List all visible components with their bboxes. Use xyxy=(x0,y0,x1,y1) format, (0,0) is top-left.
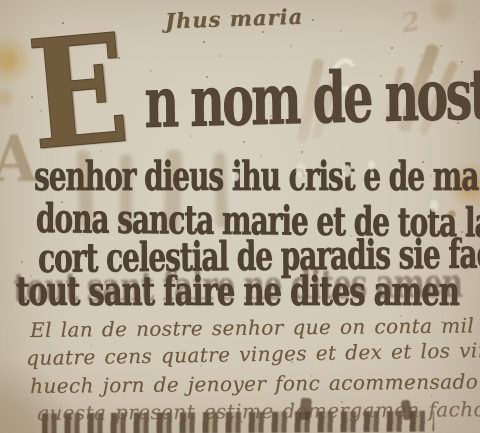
header-inscription: Jhus maria xyxy=(165,4,304,34)
ink-flake xyxy=(430,200,438,212)
manuscript-photo: A 2 Jhus maria E n nom de nostre senhor … xyxy=(0,0,480,433)
ink-flake xyxy=(342,165,351,177)
act-line-3: huech jorn de jenoyer fonc acommensado a xyxy=(30,371,480,396)
ink-flake xyxy=(232,172,239,181)
act-line-2: quatre cens quatre vinges et dex et los … xyxy=(26,340,480,368)
ink-flake xyxy=(296,163,306,177)
initial-letter: E xyxy=(24,18,133,168)
incipit-line-5: tout sant faire ne dites amen xyxy=(16,272,459,312)
incipit-line-1: n nom de nostre xyxy=(144,58,480,138)
ink-flake xyxy=(368,160,375,170)
parchment-speckles-light xyxy=(0,0,2,2)
bleedthrough-ghost-letter: A xyxy=(0,128,37,192)
act-line-1: El lan de nostre senhor que on conta mil xyxy=(30,315,474,340)
folio-mark: 2 xyxy=(400,7,423,39)
incipit-line-2: senhor dieus ihu crist e de ma xyxy=(34,157,478,197)
act-line-4: questa present estime demergamen facho xyxy=(36,399,480,423)
